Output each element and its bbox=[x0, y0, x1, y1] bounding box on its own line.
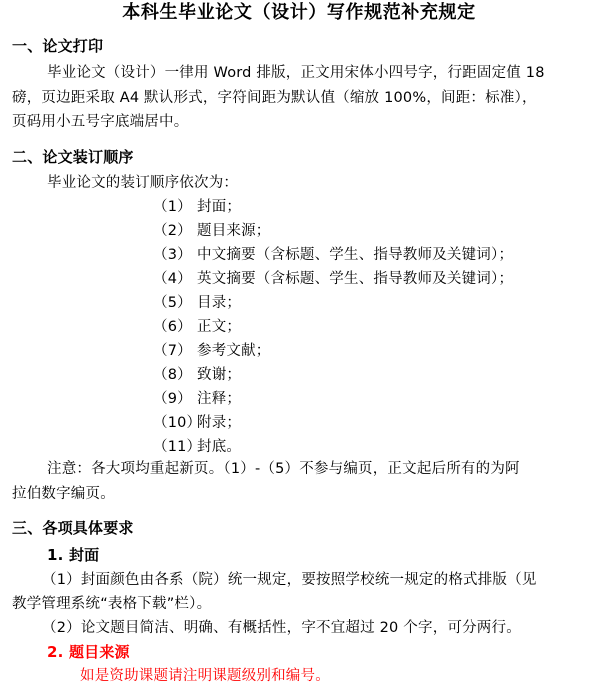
list-item: （7）参考文献； bbox=[153, 342, 271, 360]
section-1-heading: 一、论文打印 bbox=[12, 37, 103, 55]
list-item-number: （8） bbox=[153, 366, 197, 384]
document-page: 本科生毕业论文（设计）写作规范补充规定 一、论文打印 毕业论文（设计）一律用 W… bbox=[0, 0, 598, 688]
list-item: （6）正文； bbox=[153, 318, 241, 336]
list-item-number: （11） bbox=[153, 438, 197, 456]
subsection-2-line-1: 如是资助课题请注明课题级别和编号。 bbox=[80, 667, 330, 685]
list-item-text: 致谢； bbox=[197, 367, 241, 383]
list-item-text: 题目来源； bbox=[197, 223, 271, 239]
list-item-number: （4） bbox=[153, 270, 197, 288]
list-item: （1）封面； bbox=[153, 198, 241, 216]
list-item-number: （7） bbox=[153, 342, 197, 360]
subsection-1-line-3: （2）论文题目简洁、明确、有概括性，字不宜超过 20 个字，可分两行。 bbox=[42, 619, 521, 637]
list-item-text: 封面； bbox=[197, 199, 241, 215]
list-item-text: 注释； bbox=[197, 391, 241, 407]
section-1-line-1: 毕业论文（设计）一律用 Word 排版，正文用宋体小四号字，行距固定值 18 bbox=[47, 64, 545, 82]
list-item-text: 参考文献； bbox=[197, 343, 271, 359]
section-2-intro: 毕业论文的装订顺序依次为： bbox=[47, 174, 238, 192]
list-item-number: （5） bbox=[153, 294, 197, 312]
section-1-line-2: 磅，页边距采取 A4 默认形式，字符间距为默认值（缩放 100%，间距：标准）， bbox=[12, 89, 537, 107]
list-item: （3）中文摘要（含标题、学生、指导教师及关键词）； bbox=[153, 246, 513, 264]
list-item-text: 目录； bbox=[197, 295, 241, 311]
section-3-heading: 三、各项具体要求 bbox=[12, 519, 134, 537]
section-2-note-line-1: 注意：各大项均重起新页。（1）-（5）不参与编页，正文起后所有的为阿 bbox=[47, 460, 520, 478]
list-item: （2）题目来源； bbox=[153, 222, 271, 240]
list-item: （5）目录； bbox=[153, 294, 241, 312]
subsection-2-heading: 2. 题目来源 bbox=[47, 643, 130, 661]
list-item-text: 附录； bbox=[197, 415, 241, 431]
list-item-text: 封底。 bbox=[197, 439, 241, 455]
section-2-heading: 二、论文装订顺序 bbox=[12, 148, 134, 166]
list-item-text: 英文摘要（含标题、学生、指导教师及关键词）； bbox=[197, 271, 513, 287]
list-item-text: 中文摘要（含标题、学生、指导教师及关键词）； bbox=[197, 247, 513, 263]
subsection-1-line-1: （1）封面颜色由各系（院）统一规定，要按照学校统一规定的格式排版（见 bbox=[42, 571, 537, 589]
list-item-number: （2） bbox=[153, 222, 197, 240]
list-item-number: （10） bbox=[153, 414, 197, 432]
document-title: 本科生毕业论文（设计）写作规范补充规定 bbox=[0, 2, 598, 24]
list-item-number: （1） bbox=[153, 198, 197, 216]
list-item-number: （9） bbox=[153, 390, 197, 408]
list-item-text: 正文； bbox=[197, 319, 241, 335]
subsection-1-heading: 1. 封面 bbox=[47, 546, 99, 564]
subsection-1-line-2: 教学管理系统“表格下载”栏）。 bbox=[12, 595, 211, 613]
section-1-line-3: 页码用小五号字底端居中。 bbox=[12, 113, 188, 131]
list-item: （11）封底。 bbox=[153, 438, 241, 456]
list-item: （10）附录； bbox=[153, 414, 241, 432]
list-item: （4）英文摘要（含标题、学生、指导教师及关键词）； bbox=[153, 270, 513, 288]
list-item: （9）注释； bbox=[153, 390, 241, 408]
list-item-number: （3） bbox=[153, 246, 197, 264]
list-item: （8）致谢； bbox=[153, 366, 241, 384]
section-2-note-line-2: 拉伯数字编页。 bbox=[12, 485, 115, 503]
list-item-number: （6） bbox=[153, 318, 197, 336]
